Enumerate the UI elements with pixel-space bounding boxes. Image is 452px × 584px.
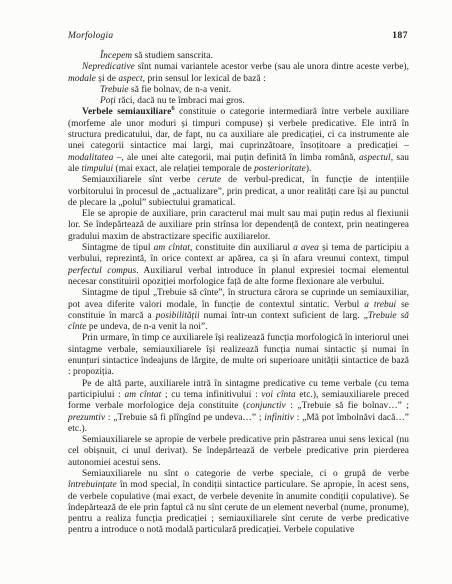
text-run: modalitatea bbox=[68, 153, 113, 163]
example-line: Începem să studiem sanscrita. bbox=[68, 51, 409, 62]
text-run: perfectul compus bbox=[68, 266, 136, 276]
text-run: întrebuințate bbox=[68, 480, 117, 490]
text-run: : „Trebuie să fi plîngînd pe undeva…” ; bbox=[105, 413, 264, 423]
text-body: Începem să studiem sanscrita.Nepredicati… bbox=[68, 51, 409, 537]
text-run: și de bbox=[96, 74, 118, 84]
example-line: Poți răci, dacă nu te îmbraci mai gros. bbox=[68, 96, 409, 107]
text-run: am cîntat bbox=[124, 390, 161, 400]
text-run: (mai exact, ale relației temporale de bbox=[113, 164, 254, 174]
text-run: am cîntat bbox=[154, 243, 190, 253]
text-run: să fie bolnav, de n-a venit. bbox=[129, 85, 231, 95]
paragraph: Sintagme de tipul am cîntat, constituite… bbox=[68, 243, 409, 288]
paragraph: Verbele semiauxiliare6 constituie o cate… bbox=[68, 107, 409, 175]
text-run: pe undeva, de n-a venit la noi”. bbox=[86, 322, 207, 332]
paragraph: Semiauxiliarele nu sînt o categorie de v… bbox=[68, 469, 409, 537]
page-header: Morfologia 187 bbox=[68, 31, 408, 42]
text-run: –, ale unei alte categorii, mai puțin de… bbox=[113, 153, 359, 163]
text-run: Ele se apropie de auxiliare, prin caract… bbox=[68, 209, 409, 242]
text-run: modale bbox=[68, 74, 96, 84]
text-run: , prin sensul lor lexical de bază : bbox=[143, 74, 266, 84]
paragraph: Sintagme de tipul „Trebuie să cînte”, în… bbox=[68, 288, 409, 333]
text-run: , constituite din auxiliarul bbox=[190, 243, 293, 253]
text-run: răci, dacă nu te îmbraci mai gros. bbox=[116, 96, 245, 106]
text-run: voi cînta bbox=[261, 390, 295, 400]
book-page: Morfologia 187 Începem să studiem sanscr… bbox=[0, 0, 452, 584]
text-run: numai într-un context suficient de larg.… bbox=[200, 311, 368, 321]
paragraph: Semiauxiliarele sînt verbe cerute de ver… bbox=[68, 175, 409, 209]
running-title: Morfologia bbox=[68, 31, 113, 42]
text-run: aspectul bbox=[359, 153, 391, 163]
text-run: Prin urmare, în timp ce auxiliarele își … bbox=[68, 333, 409, 377]
text-run: conjunctiv bbox=[246, 401, 286, 411]
text-run: Sintagme de tipul „Trebuie să cînte”, în… bbox=[68, 288, 409, 309]
page-number: 187 bbox=[392, 31, 408, 42]
paragraph: Semiauxiliarele se apropie de verbele pr… bbox=[68, 435, 409, 469]
text-run: să studiem sanscrita. bbox=[132, 51, 213, 61]
paragraph: Ele se apropie de auxiliare, prin caract… bbox=[68, 209, 409, 243]
text-run: Semiauxiliarele nu sînt o categorie de v… bbox=[82, 469, 409, 479]
text-run: Verbele semiauxiliare bbox=[82, 107, 171, 117]
text-run: : „Trebuie să fie bolnav…” ; bbox=[286, 401, 409, 411]
paragraph: Prin urmare, în timp ce auxiliarele își … bbox=[68, 333, 409, 378]
text-run: Semiauxiliarele se apropie de verbele pr… bbox=[68, 435, 409, 468]
text-run: cerute bbox=[197, 175, 221, 185]
text-run: în mod special, în condiții sintactice p… bbox=[68, 480, 409, 535]
text-run: Sintagme de tipul bbox=[82, 243, 154, 253]
text-run: Trebuie bbox=[100, 85, 129, 95]
text-run: timpului bbox=[81, 164, 113, 174]
text-run: sînt numai variantele acestor verbe (sau… bbox=[135, 62, 409, 72]
text-run: ). bbox=[306, 164, 312, 174]
text-run: Nepredicative bbox=[82, 62, 135, 72]
text-run: Începem bbox=[100, 51, 132, 61]
text-run: Poți bbox=[100, 96, 116, 106]
text-run: aspect bbox=[118, 74, 142, 84]
text-run: infinitiv bbox=[264, 413, 294, 423]
paragraph: Nepredicative sînt numai variantele aces… bbox=[68, 62, 409, 85]
text-run: a avea bbox=[293, 243, 319, 253]
text-run: a trebui bbox=[364, 300, 396, 310]
text-run: Semiauxiliarele sînt verbe bbox=[82, 175, 197, 185]
example-line: Trebuie să fie bolnav, de n-a venit. bbox=[68, 85, 409, 96]
paragraph: Pe de altă parte, auxiliarele intră în s… bbox=[68, 379, 409, 435]
text-run: posterioritate bbox=[254, 164, 306, 174]
text-run: posibilității bbox=[156, 311, 200, 321]
text-run: prezumtiv bbox=[68, 413, 105, 423]
text-run: ; cu tema infinitivului : bbox=[161, 390, 261, 400]
